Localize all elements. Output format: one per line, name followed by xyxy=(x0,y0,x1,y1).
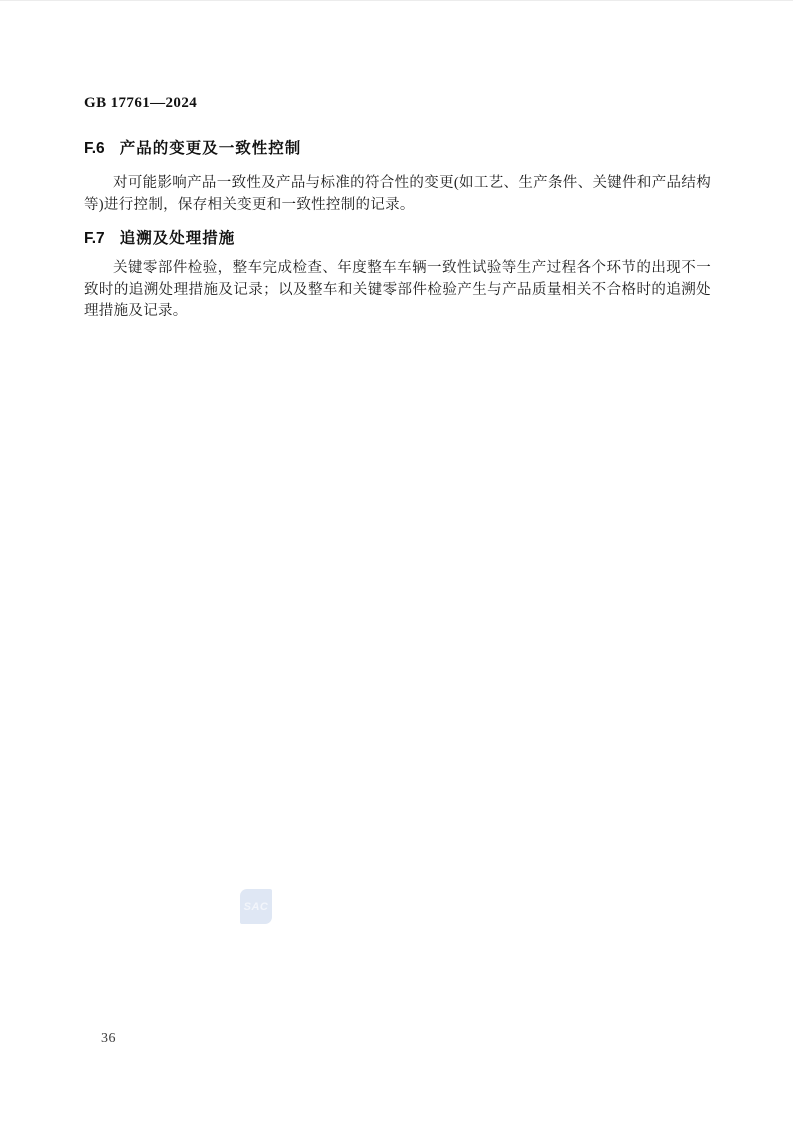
section-heading-f6: F.6 产品的变更及一致性控制 xyxy=(84,140,711,157)
sac-watermark-text: SAC xyxy=(244,901,269,913)
section-title: 产品的变更及一致性控制 xyxy=(120,140,302,157)
section-f6-paragraph: 对可能影响产品一致性及产品与标准的符合性的变更(如工艺、生产条件、关键件和产品结… xyxy=(84,173,711,216)
section-number: F.6 xyxy=(84,140,105,157)
section-f7-paragraph: 关键零部件检验，整车完成检查、年度整车车辆一致性试验等生产过程各个环节的出现不一… xyxy=(84,258,711,323)
document-page: { "document": { "doc_number": "GB 17761—… xyxy=(0,0,793,1122)
section-title: 追溯及处理措施 xyxy=(120,230,236,247)
sac-watermark-logo: SAC xyxy=(240,889,272,924)
page-number: 36 xyxy=(101,1031,116,1047)
standard-number-header: GB 17761—2024 xyxy=(84,95,711,111)
section-heading-f7: F.7 追溯及处理措施 xyxy=(84,230,711,247)
section-number: F.7 xyxy=(84,230,105,247)
page-content: GB 17761—2024 F.6 产品的变更及一致性控制 对可能影响产品一致性… xyxy=(84,1,711,323)
